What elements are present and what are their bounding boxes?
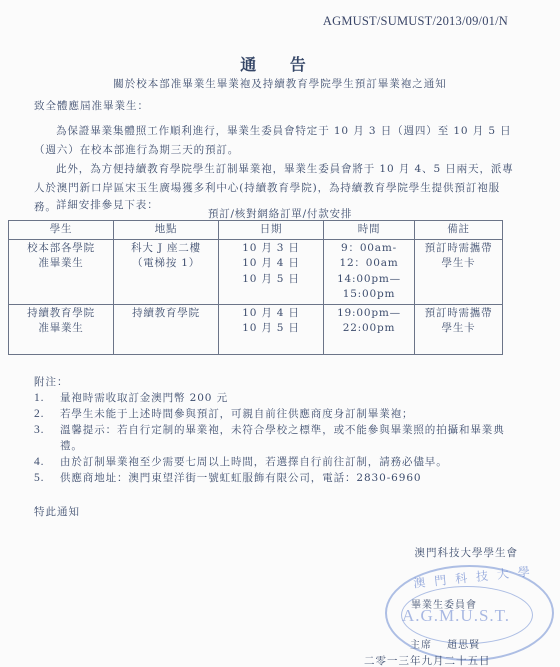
- table-row: 持續教育學院 准畢業生 持續教育學院 10 月 4 日 10 月 5 日 19:…: [9, 304, 503, 354]
- cell-student: 校本部各學院 准畢業生: [9, 239, 114, 304]
- signature-committee: 畢業生委員會: [411, 596, 477, 611]
- notes-title: 附注：: [34, 374, 69, 389]
- closing-text: 特此通知: [34, 504, 80, 519]
- note-item: 2. 若學生未能于上述時間參與預訂，可親自前往供應商度身訂制畢業袍；: [34, 406, 524, 422]
- cell-remark: 預訂時需攜帶 學生卡: [415, 304, 503, 354]
- signature-date: 二零一三年九月二十五日: [364, 653, 491, 667]
- notice-subtitle: 關於校本部准畢業生畢業袍及持續教育學院學生預訂畢業袍之通知: [0, 76, 560, 91]
- cell-student: 持續教育學院 准畢業生: [9, 304, 114, 354]
- header-student: 學生: [9, 221, 114, 240]
- note-item: 3. 溫馨提示：若自行定制的畢業袍，未符合學校之標準，或不能參與畢業照的拍攝和畢…: [34, 422, 524, 454]
- cell-location: 科大 J 座二樓 （電梯按 1）: [114, 239, 219, 304]
- greeting: 致全體應屆准畢業生：: [34, 98, 149, 113]
- paragraph-1: 為保證畢業集體照工作順利進行，畢業生委員會特定于 10 月 3 日（週四）至 1…: [34, 122, 514, 160]
- note-item: 1. 量袍時需收取訂金澳門幣 200 元: [34, 390, 524, 406]
- signature-chair: 主席 趙思賢: [410, 636, 480, 651]
- cell-dates: 10 月 4 日 10 月 5 日: [219, 304, 324, 354]
- header-remark: 備註: [415, 221, 503, 240]
- cell-remark: 預訂時需攜帶 學生卡: [415, 239, 503, 304]
- signature-organization: 澳門科技大學學生會: [415, 545, 519, 560]
- table-caption: 預訂/核對網絡訂單/付款安排: [0, 206, 560, 221]
- notice-title: 通 告: [0, 52, 560, 75]
- header-time: 時間: [324, 221, 415, 240]
- table-row: 校本部各學院 准畢業生 科大 J 座二樓 （電梯按 1） 10 月 3 日 10…: [9, 239, 503, 304]
- table-header-row: 學生 地點 日期 時間 備註: [9, 221, 503, 240]
- header-date: 日期: [219, 221, 324, 240]
- cell-times: 9：00am- 12：00am 14:00pm— 15:00pm: [324, 239, 415, 304]
- cell-location: 持續教育學院: [114, 304, 219, 354]
- note-item: 4. 由於訂制畢業袍至少需要七周以上時間，若選擇自行前往訂制，請務必儘早。: [34, 454, 524, 470]
- cell-times: 19:00pm— 22:00pm: [324, 304, 415, 354]
- schedule-table: 學生 地點 日期 時間 備註 校本部各學院 准畢業生 科大 J 座二樓 （電梯按…: [8, 220, 503, 355]
- document-reference: AGMUST/SUMUST/2013/09/01/N: [323, 14, 508, 29]
- note-item: 5. 供應商地址：澳門東望洋街一號虹虹服飾有限公司，電話：2830-6960: [34, 470, 524, 486]
- header-location: 地點: [114, 221, 219, 240]
- cell-dates: 10 月 3 日 10 月 4 日 10 月 5 日: [219, 239, 324, 304]
